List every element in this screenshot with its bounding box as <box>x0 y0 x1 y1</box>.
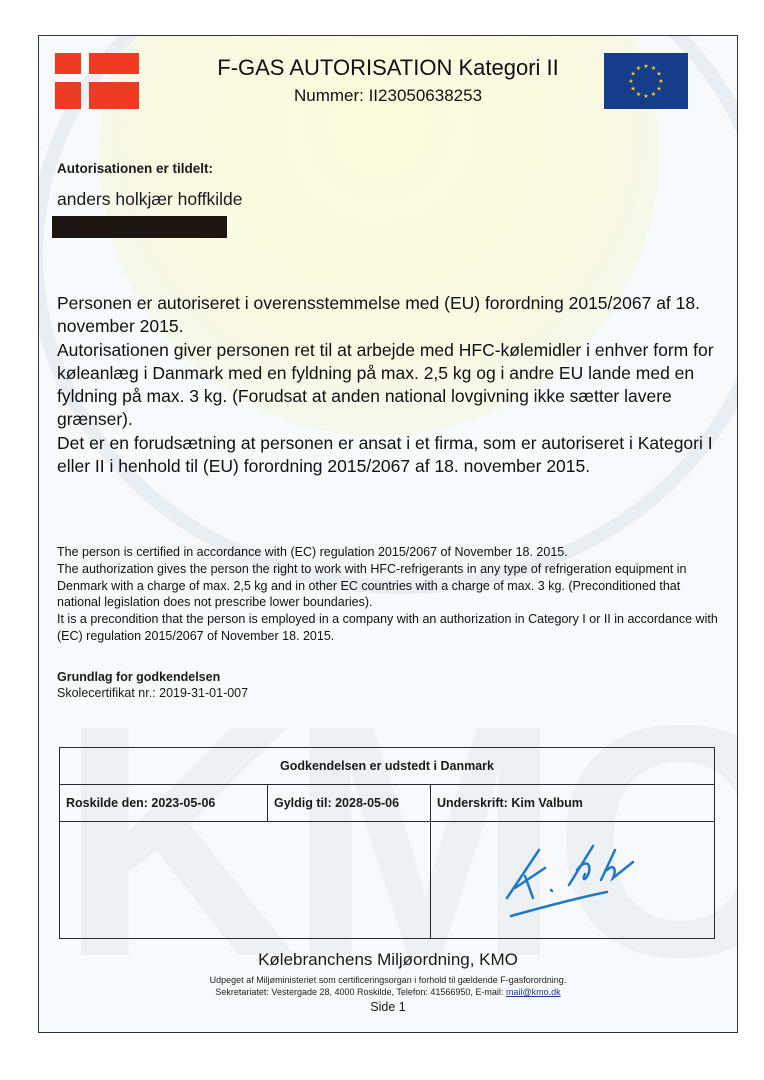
svg-text:★: ★ <box>656 71 661 78</box>
school-certificate-number: Skolecertifikat nr.: 2019-31-01-007 <box>57 686 248 700</box>
danish-terms: Personen er autoriseret i overensstemmel… <box>57 292 727 478</box>
english-paragraph: The authorization gives the person the r… <box>57 561 727 611</box>
svg-text:★: ★ <box>643 93 648 100</box>
svg-text:★: ★ <box>643 63 648 70</box>
assigned-to-label: Autorisationen er tildelt: <box>57 161 213 176</box>
valid-until: Gyldig til: 2028-05-06 <box>268 785 431 822</box>
eu-flag-icon: ★★★★★★★★★★★★ <box>604 53 688 109</box>
svg-text:★: ★ <box>656 86 661 93</box>
english-paragraph: It is a precondition that the person is … <box>57 611 727 645</box>
svg-text:★: ★ <box>651 91 656 98</box>
certificate-page: KMO F-GAS AUTORISATION Kategori II Numme… <box>38 35 738 1033</box>
danish-paragraph: Autorisationen giver personen ret til at… <box>57 339 727 432</box>
signature-label: Underskrift: Kim Valbum <box>431 785 715 822</box>
issuer-designation: Udpeget af Miljøministeriet som certific… <box>39 975 737 985</box>
svg-text:★: ★ <box>658 78 663 85</box>
issue-date: Roskilde den: 2023-05-06 <box>60 785 268 822</box>
blank-cell <box>60 822 431 939</box>
english-paragraph: The person is certified in accordance wi… <box>57 544 727 561</box>
handwritten-signature-icon <box>497 840 657 920</box>
danish-paragraph: Personen er autoriseret i overensstemmel… <box>57 292 727 339</box>
email-link[interactable]: mail@kmo.dk <box>506 987 561 997</box>
svg-text:★: ★ <box>630 86 635 93</box>
issue-heading: Godkendelsen er udstedt i Danmark <box>60 748 715 785</box>
page-number: Side 1 <box>39 1000 737 1014</box>
contact-text: Sekretariatet: Vestergade 28, 4000 Roski… <box>215 987 506 997</box>
danish-paragraph: Det er en forudsætning at personen er an… <box>57 432 727 479</box>
svg-text:★: ★ <box>628 78 633 85</box>
issuer-name: Kølebranchens Miljøordning, KMO <box>39 950 737 970</box>
basis-label: Grundlag for godkendelsen <box>57 670 220 684</box>
issuer-contact: Sekretariatet: Vestergade 28, 4000 Roski… <box>39 987 737 997</box>
signature-cell <box>431 822 715 939</box>
svg-text:★: ★ <box>636 91 641 98</box>
issue-table: Godkendelsen er udstedt i Danmark Roskil… <box>59 747 715 939</box>
redacted-block <box>52 216 227 238</box>
svg-text:★: ★ <box>636 65 641 72</box>
english-terms: The person is certified in accordance wi… <box>57 544 727 645</box>
holder-name: anders holkjær hoffkilde <box>57 189 242 210</box>
